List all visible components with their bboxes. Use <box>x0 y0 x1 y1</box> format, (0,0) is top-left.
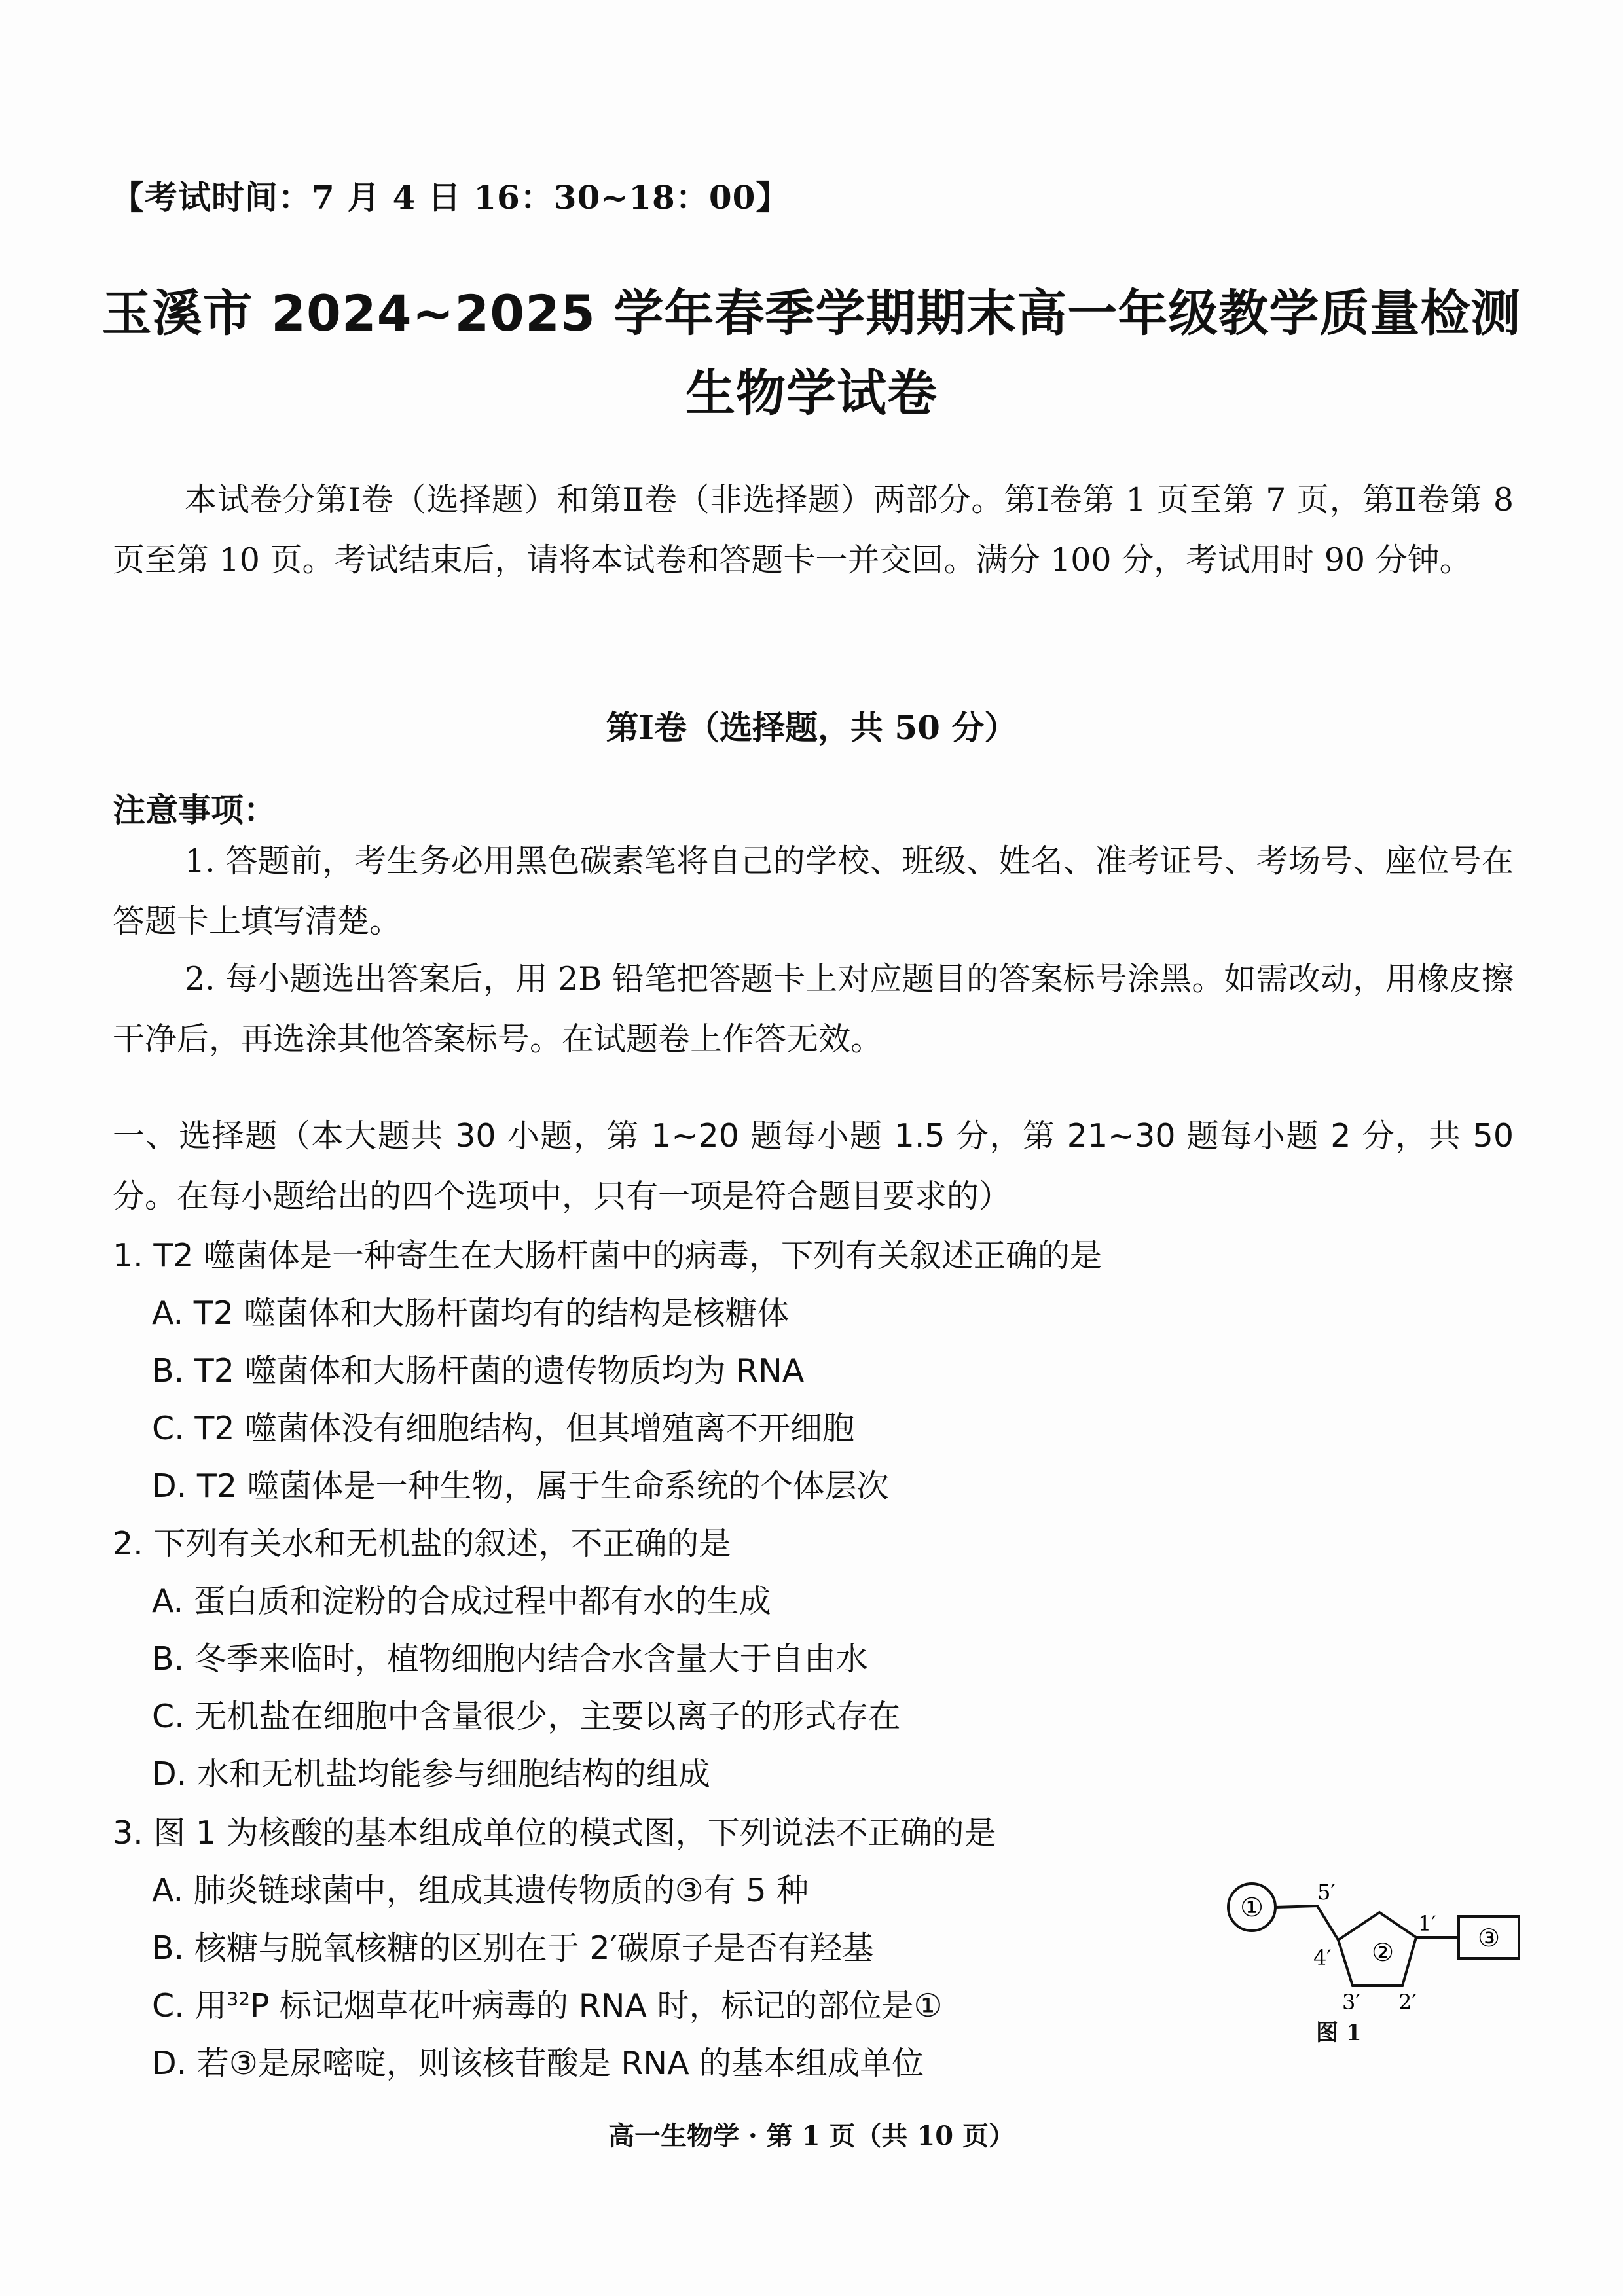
figure-caption: 图 1 <box>1316 2015 1362 2047</box>
question-option: B. T2 噬菌体和大肠杆菌的遗传物质均为 RNA <box>152 1346 804 1391</box>
page-footer: 高一生物学 · 第 1 页（共 10 页） <box>0 2115 1623 2153</box>
question-option: A. 肺炎链球菌中，组成其遗传物质的③有 5 种 <box>152 1865 809 1911</box>
part-heading: 一、选择题（本大题共 30 小题，第 1~20 题每小题 1.5 分，第 21~… <box>113 1106 1514 1227</box>
question-option: B. 冬季来临时，植物细胞内结合水含量大于自由水 <box>152 1634 868 1679</box>
notice-item: 1. 答题前，考生务必用黑色碳素笔将自己的学校、班级、姓名、准考证号、考场号、座… <box>113 831 1514 952</box>
question-option: D. T2 噬菌体是一种生物，属于生命系统的个体层次 <box>152 1461 889 1507</box>
exam-time: 【考试时间：7 月 4 日 16：30~18：00】 <box>111 171 789 219</box>
carbon-3-label: 3′ <box>1342 1990 1360 2015</box>
nucleotide-diagram: ① ② ③ 5′ 4′ 3′ 2′ 1′ <box>1205 1859 1532 2049</box>
carbon-5-label: 5′ <box>1317 1880 1336 1905</box>
carbon-4-label: 4′ <box>1313 1945 1332 1970</box>
notice-item: 2. 每小题选出答案后，用 2B 铅笔把答题卡上对应题目的答案标号涂黑。如需改动… <box>113 949 1514 1069</box>
svg-text:②: ② <box>1372 1938 1394 1967</box>
question-option: A. 蛋白质和淀粉的合成过程中都有水的生成 <box>152 1576 771 1622</box>
question-stem: 2. 下列有关水和无机盐的叙述，不正确的是 <box>113 1518 731 1564</box>
svg-text:③: ③ <box>1478 1924 1500 1952</box>
question-stem: 1. T2 噬菌体是一种寄生在大肠杆菌中的病毒，下列有关叙述正确的是 <box>113 1230 1102 1276</box>
option-c-rest: P 标记烟草花叶病毒的 RNA 时，标记的部位是① <box>250 1987 942 2024</box>
notice-heading: 注意事项： <box>113 784 276 831</box>
intro-paragraph: 本试卷分第Ⅰ卷（选择题）和第Ⅱ卷（非选择题）两部分。第Ⅰ卷第 1 页至第 7 页… <box>113 470 1514 590</box>
question-option: C. 无机盐在细胞中含量很少，主要以离子的形式存在 <box>152 1691 900 1737</box>
carbon-1-label: 1′ <box>1418 1911 1436 1936</box>
option-c-prefix: C. 用 <box>152 1987 227 2024</box>
question-stem: 3. 图 1 为核酸的基本组成单位的模式图，下列说法不正确的是 <box>113 1808 996 1854</box>
section-title: 第Ⅰ卷（选择题，共 50 分） <box>0 702 1623 749</box>
question-option: D. 若③是尿嘧啶，则该核苷酸是 RNA 的基本组成单位 <box>152 2038 924 2084</box>
svg-text:①: ① <box>1240 1893 1264 1923</box>
question-option: D. 水和无机盐均能参与细胞结构的组成 <box>152 1749 710 1795</box>
question-option: A. T2 噬菌体和大肠杆菌均有的结构是核糖体 <box>152 1288 790 1334</box>
nitrogenous-base: ③ <box>1459 1916 1519 1958</box>
question-option: B. 核糖与脱氧核糖的区别在于 2′碳原子是否有羟基 <box>152 1923 874 1969</box>
phosphate-group: ① <box>1228 1884 1275 1931</box>
option-c-superscript: 32 <box>227 1988 250 2010</box>
carbon-2-label: 2′ <box>1398 1990 1417 2015</box>
paper-subtitle: 生物学试卷 <box>0 353 1623 425</box>
question-option-c: C. 用32P 标记烟草花叶病毒的 RNA 时，标记的部位是① <box>152 1981 942 2026</box>
question-option: C. T2 噬菌体没有细胞结构，但其增殖离不开细胞 <box>152 1403 854 1449</box>
pentose-sugar: ② <box>1338 1912 1416 1986</box>
paper-title: 玉溪市 2024~2025 学年春季学期期末高一年级教学质量检测 <box>0 274 1623 345</box>
